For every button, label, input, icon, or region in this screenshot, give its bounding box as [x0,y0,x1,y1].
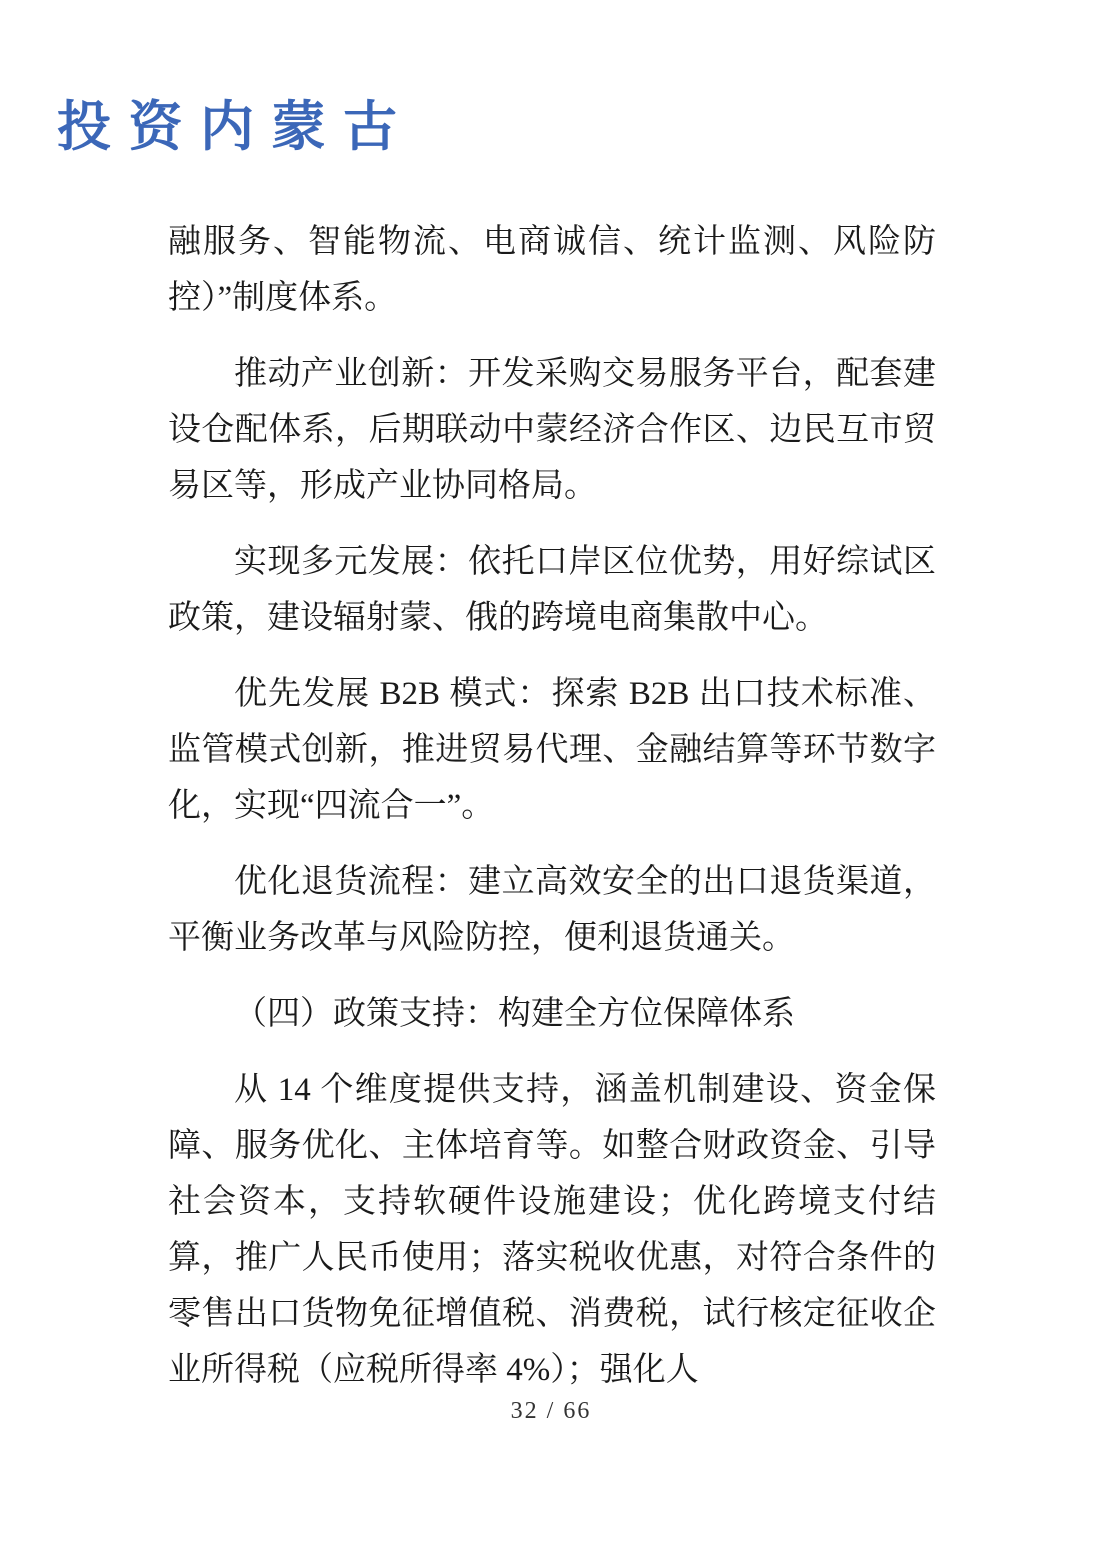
document-body: 融服务、智能物流、电商诚信、统计监测、风险防控）”制度体系。 推动产业创新：开发… [168,214,936,1398]
body-paragraph-4: 优先发展 B2B 模式：探索 B2B 出口技术标准、监管模式创新，推进贸易代理、… [168,666,936,834]
page-number: 32 / 66 [0,1398,1102,1425]
body-paragraph-5: 优化退货流程：建立高效安全的出口退货渠道，平衡业务改革与风险防控，便利退货通关。 [168,854,936,966]
body-paragraph-7: 从 14 个维度提供支持，涵盖机制建设、资金保障、服务优化、主体培育等。如整合财… [168,1062,936,1398]
body-paragraph-2: 推动产业创新：开发采购交易服务平台，配套建设仓配体系，后期联动中蒙经济合作区、边… [168,346,936,514]
document-title: 投 资 内 蒙 古 [57,84,399,161]
body-paragraph-3: 实现多元发展：依托口岸区位优势，用好综试区政策，建设辐射蒙、俄的跨境电商集散中心… [168,534,936,646]
section-heading: （四）政策支持：构建全方位保障体系 [168,986,936,1042]
body-paragraph-1: 融服务、智能物流、电商诚信、统计监测、风险防控）”制度体系。 [168,214,936,326]
